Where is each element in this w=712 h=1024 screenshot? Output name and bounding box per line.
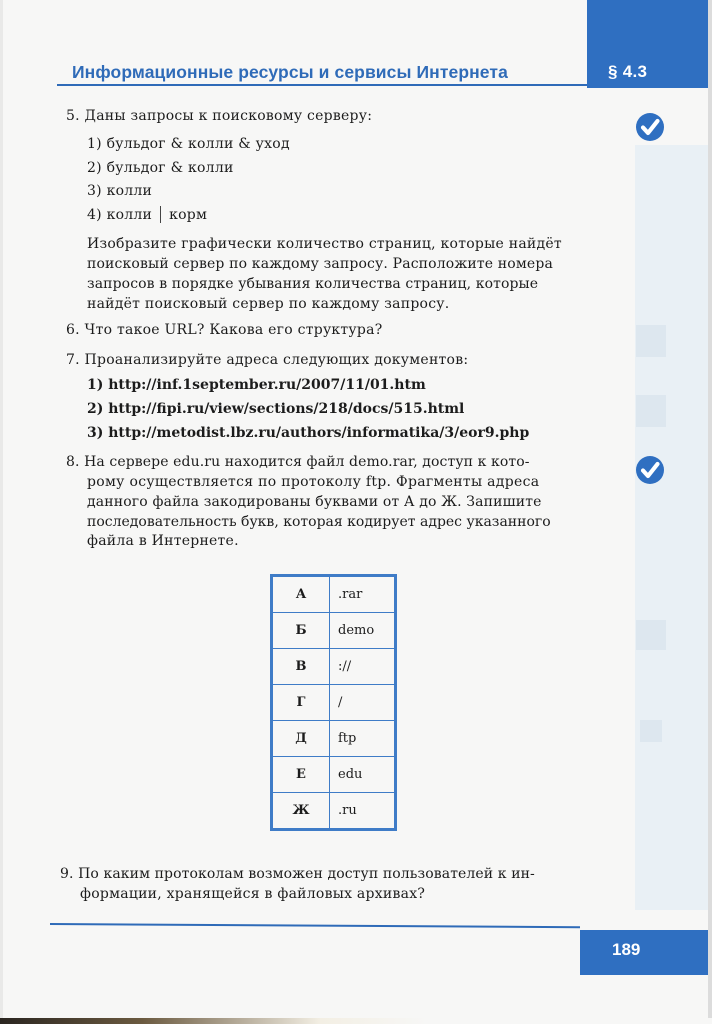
table-cell-letter: Б — [272, 613, 330, 649]
table-row: Бdemo — [272, 613, 396, 649]
task-8-line: рому осуществляется по протоколу ftp. Фр… — [87, 474, 539, 490]
task-7-intro: 7. Проанализируйте адреса следующих доку… — [66, 352, 468, 368]
task-5-instructions-line: запросов в порядке убывания количества с… — [87, 276, 538, 292]
task-7-url-2: 2) http://fipi.ru/view/sections/218/docs… — [87, 401, 464, 417]
table-row: Ж.ru — [272, 793, 396, 830]
table-cell-fragment: .rar — [330, 576, 396, 613]
table-cell-letter: А — [272, 576, 330, 613]
table-cell-letter: Ж — [272, 793, 330, 830]
task-7-url-3: 3) http://metodist.lbz.ru/authors/inform… — [87, 425, 529, 441]
table-row: А.rar — [272, 576, 396, 613]
footer-rule — [50, 923, 580, 928]
margin-ghost-mark — [640, 720, 662, 742]
table-cell-letter: Е — [272, 757, 330, 793]
task-8-line: последовательность букв, которая кодируе… — [87, 514, 551, 530]
page-title: Информационные ресурсы и сервисы Интерне… — [72, 62, 508, 83]
task-8-line: 8. На сервере edu.ru находится файл demo… — [66, 454, 530, 470]
table-cell-letter: Г — [272, 685, 330, 721]
task-9-line: 9. По каким протоколам возможен доступ п… — [60, 866, 535, 882]
margin-ghost-mark — [636, 325, 666, 357]
task-7-url-1: 1) http://inf.1september.ru/2007/11/01.h… — [87, 377, 426, 393]
table-cell-fragment: ftp — [330, 721, 396, 757]
table-row: Дftp — [272, 721, 396, 757]
table-cell-letter: В — [272, 649, 330, 685]
page-number-box — [580, 930, 708, 975]
margin-ghost-mark — [636, 620, 666, 650]
checkmark-icon — [635, 455, 665, 485]
task-5-query-4-left: 4) колли — [87, 207, 152, 223]
task-5-query-4: 4) колликорм — [87, 206, 207, 223]
task-5-intro: 5. Даны запросы к поисковому серверу: — [66, 108, 372, 124]
task-6: 6. Что такое URL? Какова его структура? — [66, 322, 382, 338]
task-5-query-4-right: корм — [169, 207, 207, 223]
checkmark-icon — [635, 112, 665, 142]
table-row: Еedu — [272, 757, 396, 793]
task-5-instructions-line: найдёт поисковый сервер по каждому запро… — [87, 296, 450, 312]
table-row: В:// — [272, 649, 396, 685]
page-number: 189 — [612, 940, 640, 960]
task-5-query-1: 1) бульдог & колли & уход — [87, 136, 290, 152]
task-9-line: формации, хранящейся в файловых архивах? — [80, 886, 425, 902]
header-underline — [57, 84, 587, 86]
table-cell-fragment: :// — [330, 649, 396, 685]
table-cell-letter: Д — [272, 721, 330, 757]
table-cell-fragment: / — [330, 685, 396, 721]
section-block — [587, 0, 708, 88]
page-edge-left — [0, 0, 3, 1024]
encoding-table: А.rarБdemoВ://Г/ДftpЕeduЖ.ru — [270, 574, 397, 831]
task-5-instructions-line: Изобразите графически количество страниц… — [87, 236, 562, 252]
table-cell-fragment: edu — [330, 757, 396, 793]
task-5-query-3: 3) колли — [87, 183, 152, 199]
task-5-instructions-line: поисковый сервер по каждому запросу. Рас… — [87, 256, 553, 272]
or-operator — [160, 206, 161, 223]
margin-ghost-mark — [636, 395, 666, 427]
margin-strip — [635, 145, 708, 910]
task-8-line: данного файла закодированы буквами от А … — [87, 494, 542, 510]
page-edge-right — [708, 0, 712, 1024]
task-5-query-2: 2) бульдог & колли — [87, 160, 234, 176]
section-number: § 4.3 — [608, 62, 647, 82]
task-8-line: файла в Интернете. — [87, 533, 239, 549]
table-cell-fragment: .ru — [330, 793, 396, 830]
scan-edge-shadow — [0, 1018, 712, 1024]
table-cell-fragment: demo — [330, 613, 396, 649]
table-row: Г/ — [272, 685, 396, 721]
